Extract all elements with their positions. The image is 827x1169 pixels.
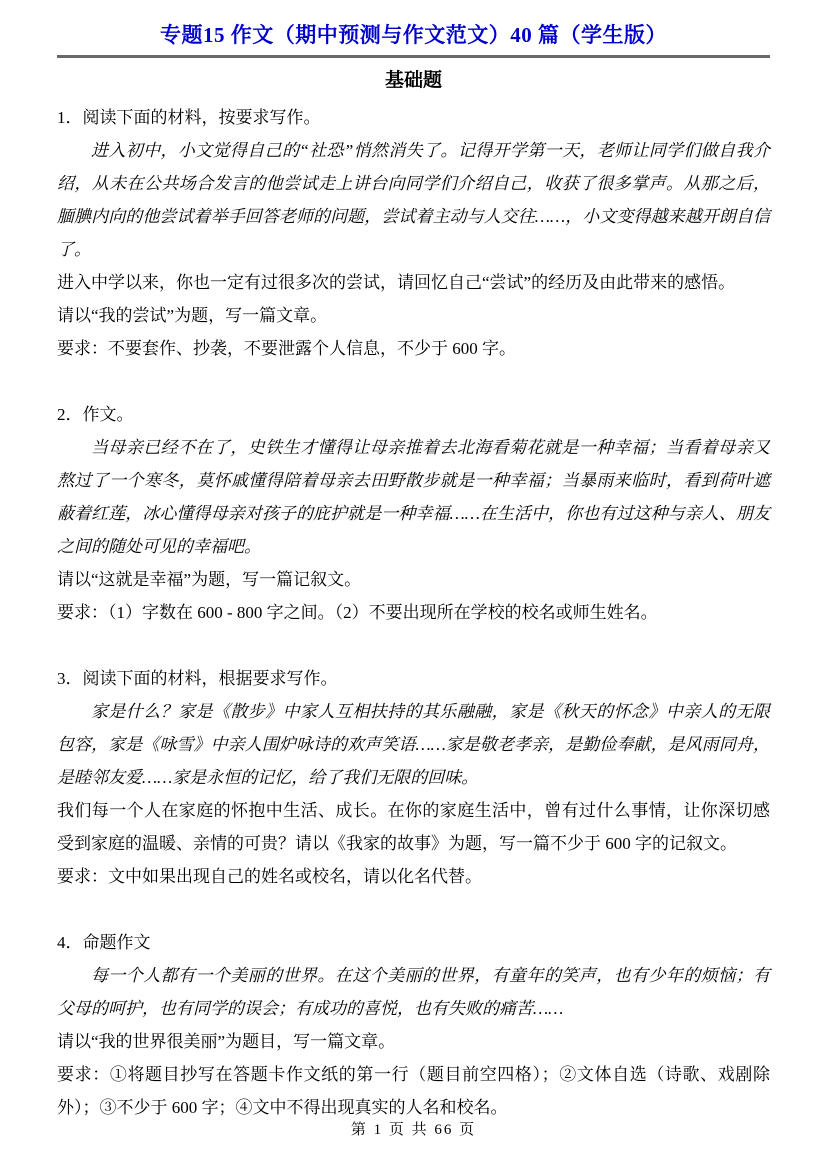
- document-page: 专题15 作文（期中预测与作文范文）40 篇（学生版） 基础题 1．阅读下面的材…: [0, 0, 827, 1124]
- question-item-3: 3．阅读下面的材料，根据要求写作。 家是什么？家是《散步》中家人互相扶持的其乐融…: [57, 662, 770, 893]
- section-heading: 基础题: [57, 67, 770, 95]
- question-item-1: 1．阅读下面的材料，按要求写作。 进入初中，小文觉得自己的“社恐”悄然消失了。记…: [57, 101, 770, 365]
- question-material: 每一个人都有一个美丽的世界。在这个美丽的世界，有童年的笑声，也有少年的烦恼；有父…: [57, 959, 770, 1025]
- question-number-line: 3．阅读下面的材料，根据要求写作。: [57, 662, 770, 695]
- requirements-line: 要求：不要套作、抄袭，不要泄露个人信息，不少于 600 字。: [57, 332, 770, 365]
- question-item-2: 2．作文。 当母亲已经不在了，史铁生才懂得让母亲推着去北海看菊花就是一种幸福；当…: [57, 398, 770, 629]
- question-number-line: 4．命题作文: [57, 926, 770, 959]
- instruction-line: 请以“我的尝试”为题，写一篇文章。: [57, 299, 770, 332]
- instruction-line: 请以“我的世界很美丽”为题目，写一篇文章。: [57, 1025, 770, 1058]
- page-title: 专题15 作文（期中预测与作文范文）40 篇（学生版）: [57, 20, 770, 50]
- question-item-4: 4．命题作文 每一个人都有一个美丽的世界。在这个美丽的世界，有童年的笑声，也有少…: [57, 926, 770, 1124]
- page-number-footer: 第 1 页 共 66 页: [0, 1118, 827, 1139]
- requirements-line: 要求：（1）字数在 600 - 800 字之间。（2）不要出现所在学校的校名或师…: [57, 596, 770, 629]
- question-material: 家是什么？家是《散步》中家人互相扶持的其乐融融，家是《秋天的怀念》中亲人的无限包…: [57, 695, 770, 794]
- question-number-line: 2．作文。: [57, 398, 770, 431]
- requirements-line: 要求：①将题目抄写在答题卡作文纸的第一行（题目前空四格）；②文体自选（诗歌、戏剧…: [57, 1058, 770, 1124]
- title-divider: [57, 55, 770, 58]
- instruction-line: 进入中学以来，你也一定有过很多次的尝试，请回忆自己“尝试”的经历及由此带来的感悟…: [57, 266, 770, 299]
- instruction-line: 请以“这就是幸福”为题，写一篇记叙文。: [57, 563, 770, 596]
- requirements-line: 要求：文中如果出现自己的姓名或校名，请以化名代替。: [57, 860, 770, 893]
- question-number-line: 1．阅读下面的材料，按要求写作。: [57, 101, 770, 134]
- instruction-line: 我们每一个人在家庭的怀抱中生活、成长。在你的家庭生活中，曾有过什么事情，让你深切…: [57, 794, 770, 860]
- question-material: 进入初中，小文觉得自己的“社恐”悄然消失了。记得开学第一天，老师让同学们做自我介…: [57, 134, 770, 266]
- question-material: 当母亲已经不在了，史铁生才懂得让母亲推着去北海看菊花就是一种幸福；当看着母亲又熬…: [57, 431, 770, 563]
